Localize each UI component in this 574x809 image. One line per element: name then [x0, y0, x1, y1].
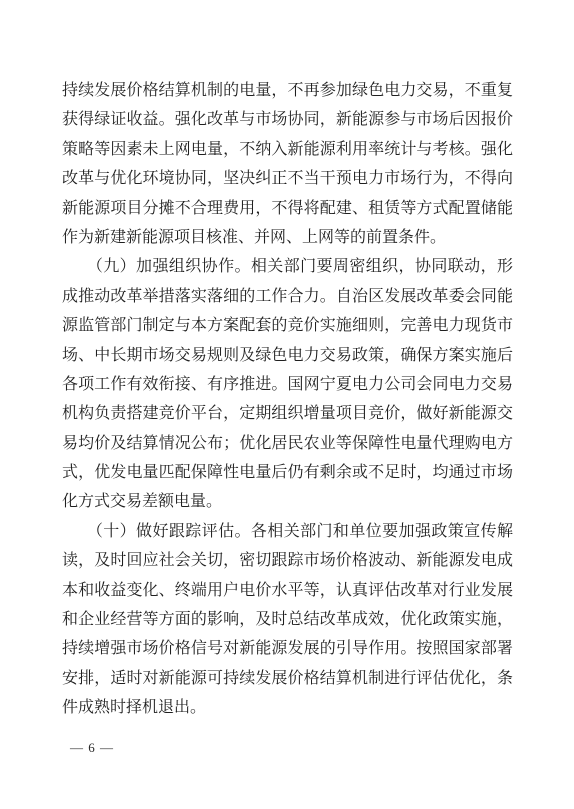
text-line: 读，及时回应社会关切，密切跟踪市场价格波动、新能源发电成	[62, 546, 513, 575]
text-line: 作为新建新能源项目核准、并网、上网等的前置条件。	[62, 223, 513, 252]
text-line: 持续发展价格结算机制的电量，不再参加绿色电力交易，不重复	[62, 76, 513, 105]
text-line: 件成熟时择机退出。	[62, 693, 513, 722]
text-line: 获得绿证收益。强化改革与市场协同，新能源参与市场后因报价	[62, 105, 513, 134]
document-page: 持续发展价格结算机制的电量，不再参加绿色电力交易，不重复获得绿证收益。强化改革与…	[0, 0, 574, 809]
text-line: 安排，适时对新能源可持续发展价格结算机制进行评估优化，条	[62, 664, 513, 693]
text-line: 改革与优化环境协同，坚决纠正不当干预电力市场行为，不得向	[62, 164, 513, 193]
text-line: 本和收益变化、终端用户电价水平等，认真评估改革对行业发展	[62, 576, 513, 605]
text-line: 成推动改革举措落实落细的工作合力。自治区发展改革委会同能	[62, 282, 513, 311]
text-line: （十）做好跟踪评估。各相关部门和单位要加强政策宣传解	[62, 517, 513, 546]
text-line: 策略等因素未上网电量，不纳入新能源利用率统计与考核。强化	[62, 135, 513, 164]
text-line: （九）加强组织协作。相关部门要周密组织，协同联动，形	[62, 252, 513, 281]
text-line: 持续增强市场价格信号对新能源发展的引导作用。按照国家部署	[62, 634, 513, 663]
text-line: 场、中长期市场交易规则及绿色电力交易政策，确保方案实施后	[62, 341, 513, 370]
text-line: 式，优发电量匹配保障性电量后仍有剩余或不足时，均通过市场	[62, 458, 513, 487]
text-line: 机构负责搭建竞价平台，定期组织增量项目竞价，做好新能源交	[62, 399, 513, 428]
page-number: — 6 —	[70, 740, 114, 755]
text-line: 化方式交易差额电量。	[62, 487, 513, 516]
text-line: 易均价及结算情况公布；优化居民农业等保障性电量代理购电方	[62, 429, 513, 458]
text-line: 和企业经营等方面的影响，及时总结改革成效，优化政策实施，	[62, 605, 513, 634]
text-line: 各项工作有效衔接、有序推进。国网宁夏电力公司会同电力交易	[62, 370, 513, 399]
text-line: 源监管部门制定与本方案配套的竞价实施细则，完善电力现货市	[62, 311, 513, 340]
text-line: 新能源项目分摊不合理费用，不得将配建、租赁等方式配置储能	[62, 194, 513, 223]
document-body: 持续发展价格结算机制的电量，不再参加绿色电力交易，不重复获得绿证收益。强化改革与…	[62, 76, 513, 723]
